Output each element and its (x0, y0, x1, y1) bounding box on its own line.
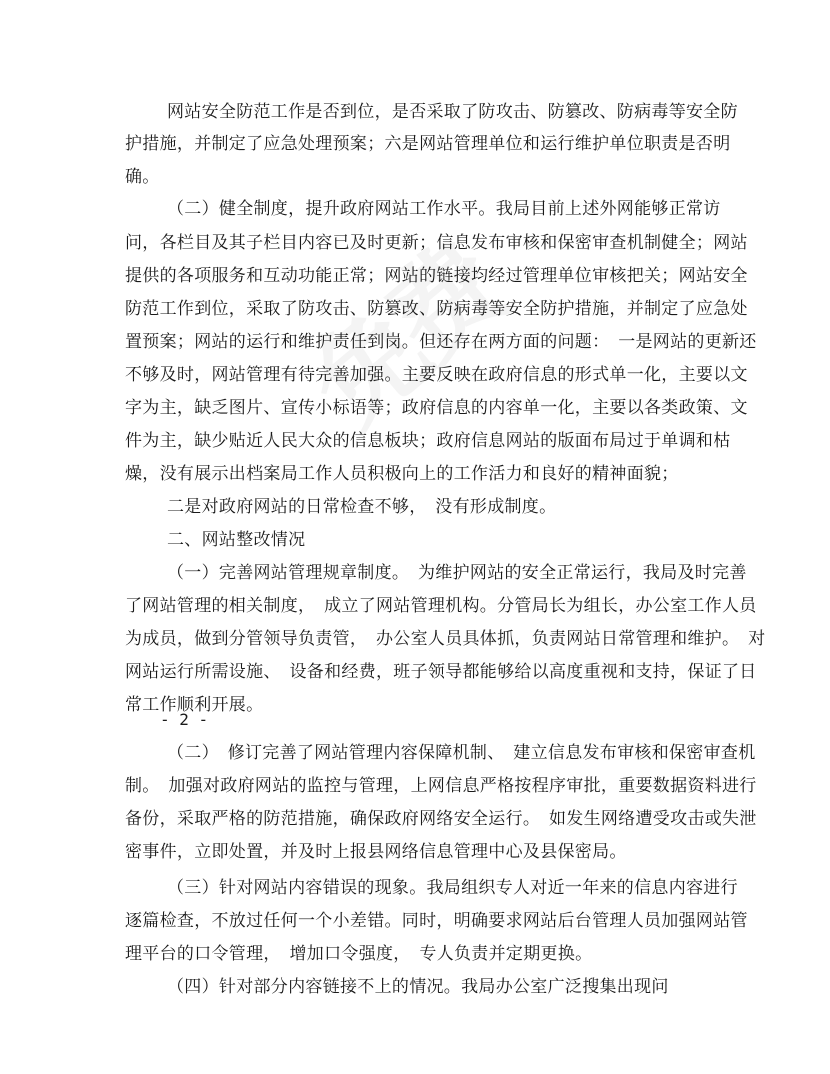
text-line: 二是对政府网站的日常检查不够， 没有形成制度。 (167, 496, 707, 518)
text-line: 燥，没有展示出档案局工作人员积极向上的工作活力和良好的精神面貌； (125, 463, 707, 485)
text-line: 护措施，并制定了应急处理预案；六是网站管理单位和运行维护单位职责是否明 (125, 133, 707, 155)
text-line: （二） 修订完善了网站管理内容保障机制、 建立信息发布审核和保密审查机 (167, 742, 707, 764)
text-line: 为成员，做到分管领导负责管， 办公室人员具体抓，负责网站日常管理和维护。 对 (125, 628, 707, 650)
text-line: 常工作顺利开展。 (125, 694, 707, 716)
page-number: - 2 - (160, 709, 208, 731)
text-line: 不够及时，网站管理有待完善加强。主要反映在政府信息的形式单一化，主要以文 (125, 364, 707, 386)
text-line: 逐篇检查，不放过任何一个小差错。同时，明确要求网站后台管理人员加强网站管 (125, 910, 707, 932)
text-line: 提供的各项服务和互动功能正常；网站的链接均经过管理单位审核把关；网站安全 (125, 265, 707, 287)
text-line: 二、网站整改情况 (167, 529, 707, 551)
text-line: （三）针对网站内容错误的现象。我局组织专人对近一年来的信息内容进行 (167, 877, 707, 899)
text-line: （二）健全制度，提升政府网站工作水平。我局目前上述外网能够正常访 (167, 198, 707, 220)
text-line: 置预案；网站的运行和维护责任到岗。但还存在两方面的问题： 一是网站的更新还 (125, 331, 707, 353)
text-line: 网站安全防范工作是否到位，是否采取了防攻击、防篡改、防病毒等安全防 (167, 101, 707, 123)
text-line: （一）完善网站管理规章制度。 为维护网站的安全正常运行，我局及时完善 (167, 562, 707, 584)
text-line: 理平台的口令管理， 增加口令强度， 专人负责并定期更换。 (125, 943, 707, 965)
text-line: 网站运行所需设施、 设备和经费，班子领导都能够给以高度重视和支持，保证了日 (125, 661, 707, 683)
text-line: 防范工作到位，采取了防攻击、防篡改、防病毒等安全防护措施，并制定了应急处 (125, 298, 707, 320)
text-line: 了网站管理的相关制度， 成立了网站管理机构。分管局长为组长，办公室工作人员 (125, 595, 707, 617)
text-line: 件为主，缺少贴近人民大众的信息板块；政府信息网站的版面布局过于单调和枯 (125, 430, 707, 452)
document-page: 免费 网站安全防范工作是否到位，是否采取了防攻击、防篡改、防病毒等安全防护措施，… (0, 0, 830, 1074)
text-line: 确。 (125, 166, 707, 188)
text-line: 制。 加强对政府网站的监控与管理，上网信息严格按程序审批，重要数据资料进行 (125, 775, 707, 797)
text-line: 备份，采取严格的防范措施，确保政府网络安全运行。 如发生网络遭受攻击或失泄 (125, 808, 707, 830)
text-line: （四）针对部分内容链接不上的情况。我局办公室广泛搜集出现问 (167, 976, 707, 998)
text-line: 密事件，立即处置，并及时上报县网络信息管理中心及县保密局。 (125, 841, 707, 863)
text-line: 问，各栏目及其子栏目内容已及时更新；信息发布审核和保密审查机制健全；网站 (125, 232, 707, 254)
text-line: 字为主，缺乏图片、宣传小标语等；政府信息的内容单一化，主要以各类政策、文 (125, 397, 707, 419)
